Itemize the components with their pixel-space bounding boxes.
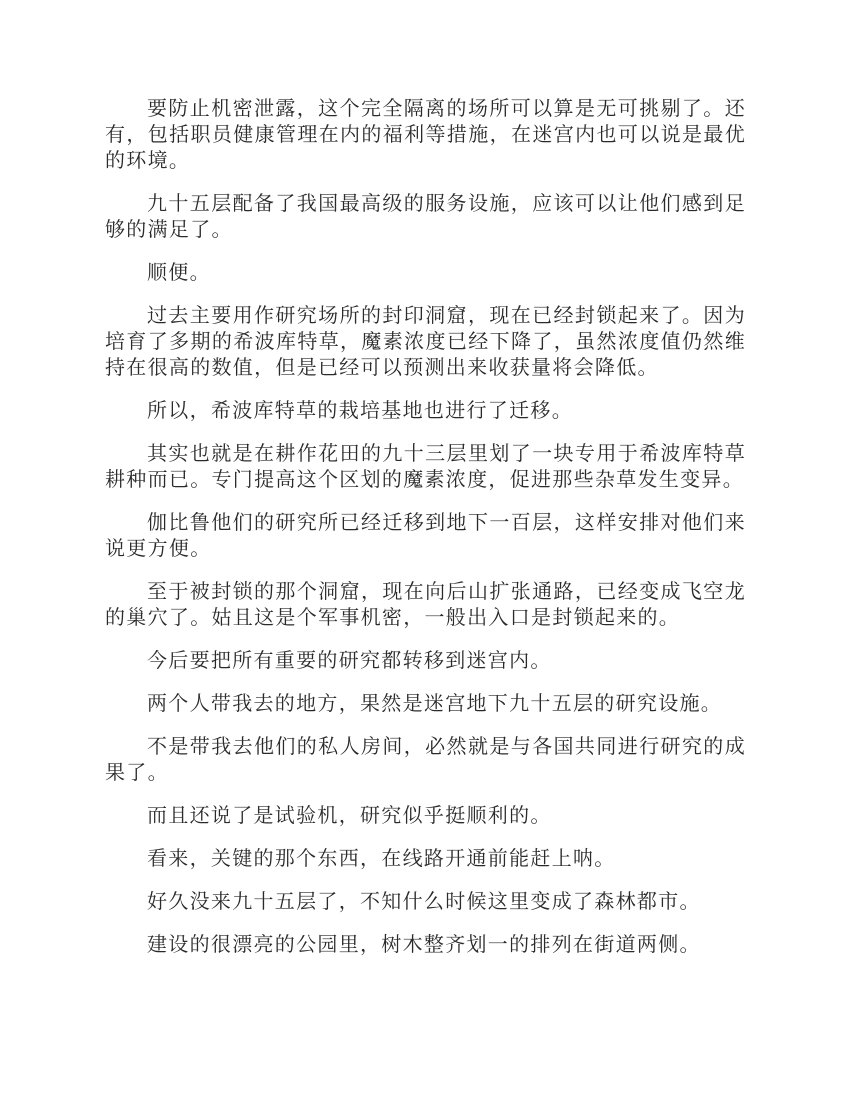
paragraph: 其实也就是在耕作花田的九十三层里划了一块专用于希波库特草耕种而已。专门提高这个区… (105, 440, 746, 492)
paragraph: 建设的很漂亮的公园里，树木整齐划一的排列在街道两侧。 (105, 931, 746, 957)
paragraph: 好久没来九十五层了，不知什么时候这里变成了森林都市。 (105, 888, 746, 914)
paragraph: 至于被封锁的那个洞窟，现在向后山扩张通路，已经变成飞空龙的巢穴了。姑且这是个军事… (105, 578, 746, 630)
paragraph: 两个人带我去的地方，果然是迷宫地下九十五层的研究设施。 (105, 690, 746, 716)
paragraph: 九十五层配备了我国最高级的服务设施，应该可以让他们感到足够的满足了。 (105, 190, 746, 242)
paragraph: 今后要把所有重要的研究都转移到迷宫内。 (105, 647, 746, 673)
paragraph: 不是带我去他们的私人房间，必然就是与各国共同进行研究的成果了。 (105, 733, 746, 785)
paragraph: 而且还说了是试验机，研究似乎挺顺利的。 (105, 802, 746, 828)
paragraph: 所以，希波库特草的栽培基地也进行了迁移。 (105, 397, 746, 423)
paragraph: 伽比鲁他们的研究所已经迁移到地下一百层，这样安排对他们来说更方便。 (105, 509, 746, 561)
novel-text-page: 要防止机密泄露，这个完全隔离的场所可以算是无可挑剔了。还有，包括职员健康管理在内… (105, 95, 746, 974)
paragraph: 过去主要用作研究场所的封印洞窟，现在已经封锁起来了。因为培育了多期的希波库特草，… (105, 302, 746, 380)
paragraph: 看来，关键的那个东西，在线路开通前能赶上呐。 (105, 845, 746, 871)
paragraph: 要防止机密泄露，这个完全隔离的场所可以算是无可挑剔了。还有，包括职员健康管理在内… (105, 95, 746, 173)
paragraph: 顺便。 (105, 259, 746, 285)
